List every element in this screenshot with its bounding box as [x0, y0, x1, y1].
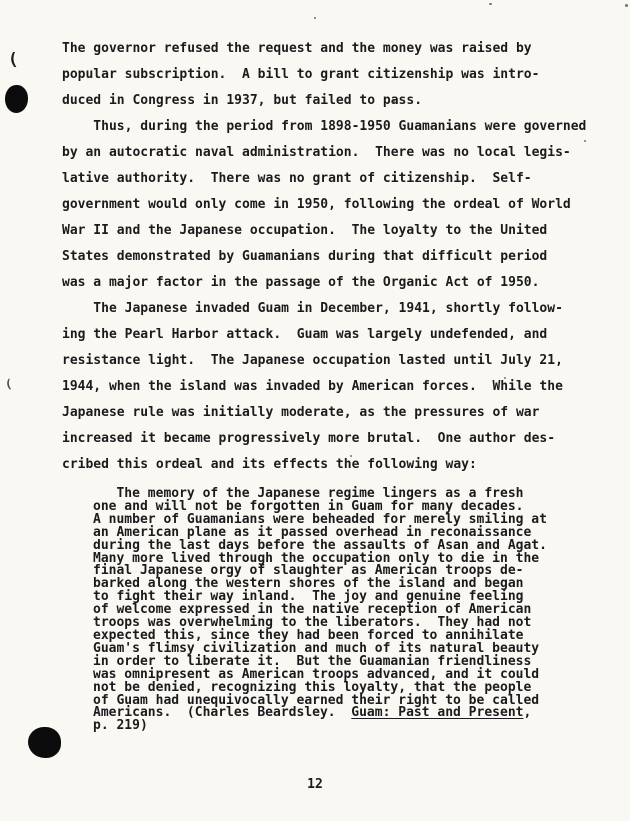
- text-line: increased it became progressively more b…: [62, 426, 607, 452]
- text-line: States demonstrated by Guamanians during…: [62, 244, 607, 270]
- noise-speck: [504, 377, 506, 379]
- book-title-underlined: Guam: Past and Present: [351, 705, 523, 720]
- handwritten-paren-mark: (: [7, 50, 19, 71]
- text-line: cribed this ordeal and its effects the f…: [62, 452, 607, 478]
- noise-speck: [584, 140, 586, 142]
- text-line: Japanese rule was initially moderate, as…: [62, 400, 607, 426]
- noise-speck: [392, 100, 395, 103]
- paragraph: The Japanese invaded Guam in December, 1…: [62, 296, 607, 478]
- text-line: The Japanese invaded Guam in December, 1…: [62, 296, 607, 322]
- text-line: p. 219): [93, 720, 607, 733]
- text-line: was a major factor in the passage of the…: [62, 270, 607, 296]
- handwritten-paren-mark: (: [4, 377, 13, 392]
- ink-dot-mark: [5, 85, 28, 113]
- document-page: ( ( The governor refused the request and…: [0, 0, 630, 821]
- noise-speck: [314, 17, 316, 19]
- text-line: Thus, during the period from 1898-1950 G…: [62, 114, 607, 140]
- text-line: duced in Congress in 1937, but failed to…: [62, 88, 607, 114]
- text-line: Americans. (Charles Beardsley. Guam: Pas…: [93, 707, 607, 720]
- text-line: government would only come in 1950, foll…: [62, 192, 607, 218]
- text-line: The governor refused the request and the…: [62, 36, 607, 62]
- text-line: ing the Pearl Harbor attack. Guam was la…: [62, 322, 607, 348]
- text-segment: ,: [523, 705, 531, 720]
- block-quote: The memory of the Japanese regime linger…: [93, 488, 607, 733]
- text-line: by an autocratic naval administration. T…: [62, 140, 607, 166]
- ink-dot-mark: [28, 727, 61, 758]
- noise-speck: [625, 4, 628, 7]
- noise-speck: [350, 455, 352, 457]
- paragraph: Thus, during the period from 1898-1950 G…: [62, 114, 607, 296]
- text-line: War II and the Japanese occupation. The …: [62, 218, 607, 244]
- paragraph: The governor refused the request and the…: [62, 36, 607, 114]
- page-number: 12: [0, 772, 630, 798]
- noise-speck: [489, 3, 492, 5]
- text-line: 1944, when the island was invaded by Ame…: [62, 374, 607, 400]
- document-body: The governor refused the request and the…: [62, 36, 607, 733]
- text-line: popular subscription. A bill to grant ci…: [62, 62, 607, 88]
- text-line: resistance light. The Japanese occupatio…: [62, 348, 607, 374]
- text-line: lative authority. There was no grant of …: [62, 166, 607, 192]
